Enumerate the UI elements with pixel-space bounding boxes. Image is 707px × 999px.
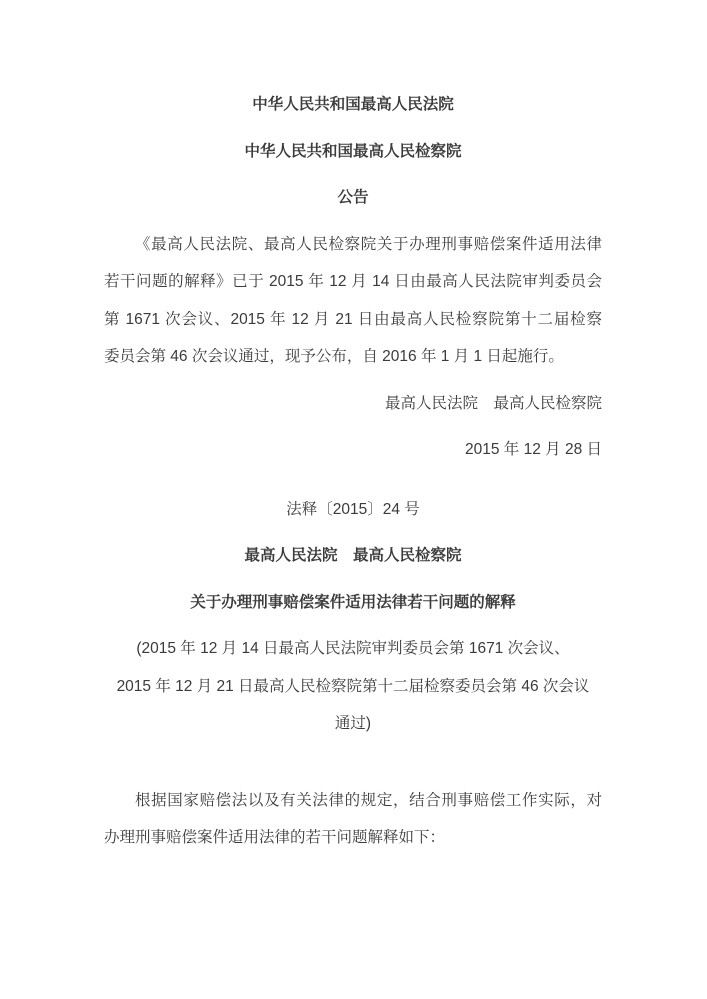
preamble-line: 办理刑事赔偿案件适用法律的若干问题解释如下： (104, 819, 602, 857)
preamble-line: 根据国家赔偿法以及有关法律的规定，结合刑事赔偿工作实际，对 (104, 782, 602, 820)
issuer-heading-court: 中华人民共和国最高人民法院 (104, 86, 602, 124)
document-content: 中华人民共和国最高人民法院 中华人民共和国最高人民检察院 公告 《最高人民法院、… (0, 0, 707, 857)
document-page: 中华人民共和国最高人民法院 中华人民共和国最高人民检察院 公告 《最高人民法院、… (0, 0, 707, 999)
signature-issuers: 最高人民法院 最高人民检察院 (104, 385, 602, 423)
adoption-note: (2015 年 12 月 14 日最高人民法院审判委员会第 1671 次会议、 … (104, 630, 602, 743)
announcement-paragraph: 《最高人民法院、最高人民检察院关于办理刑事赔偿案件适用法律 若干问题的解释》已于… (104, 226, 602, 376)
adoption-note-line: (2015 年 12 月 14 日最高人民法院审判委员会第 1671 次会议、 (104, 630, 602, 668)
announcement-line: 委员会第 46 次会议通过，现予公布，自 2016 年 1 月 1 日起施行。 (104, 338, 602, 376)
preamble-paragraph: 根据国家赔偿法以及有关法律的规定，结合刑事赔偿工作实际，对 办理刑事赔偿案件适用… (104, 782, 602, 857)
announcement-line: 若干问题的解释》已于 2015 年 12 月 14 日由最高人民法院审判委员会 (104, 263, 602, 301)
announcement-line: 《最高人民法院、最高人民检察院关于办理刑事赔偿案件适用法律 (104, 226, 602, 264)
title-subject: 关于办理刑事赔偿案件适用法律若干问题的解释 (104, 584, 602, 622)
signature-date: 2015 年 12 月 28 日 (104, 431, 602, 469)
adoption-note-line: 2015 年 12 月 21 日最高人民检察院第十二届检察委员会第 46 次会议 (104, 668, 602, 706)
title-issuers: 最高人民法院 最高人民检察院 (104, 537, 602, 575)
document-number: 法释〔2015〕24 号 (104, 491, 602, 529)
announcement-line: 第 1671 次会议、2015 年 12 月 21 日由最高人民检察院第十二届检… (104, 301, 602, 339)
issuer-heading-procuratorate: 中华人民共和国最高人民检察院 (104, 133, 602, 171)
notice-heading: 公告 (104, 179, 602, 217)
adoption-note-line: 通过) (104, 705, 602, 743)
